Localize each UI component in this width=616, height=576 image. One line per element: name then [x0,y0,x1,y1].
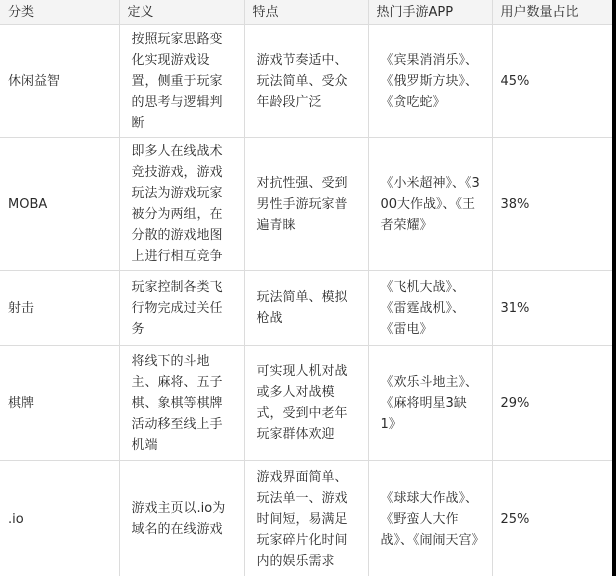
cell-apps: 《欢乐斗地主》、《麻将明星3缺1》 [368,346,492,461]
table-row: .io 游戏主页以.io为域名的在线游戏 游戏界面简单、玩法单一、游戏时间短，易… [0,461,612,576]
cell-apps: 《球球大作战》、《野蛮人大作战》、《闹闹天宫》 [368,461,492,576]
header-features: 特点 [244,0,368,25]
cell-category: 射击 [0,271,119,346]
table-row: MOBA 即多人在线战术竞技游戏，游戏玩法为游戏玩家被分为两组，在分散的游戏地图… [0,138,612,271]
cell-category: 棋牌 [0,346,119,461]
table-row: 射击 玩家控制各类飞行物完成过关任务 玩法简单、模拟枪战 《飞机大战》、《雷霆战… [0,271,612,346]
table-header-row: 分类 定义 特点 热门手游APP 用户数量占比 [0,0,612,25]
cell-share: 45% [492,25,612,138]
right-edge-border [612,0,616,576]
cell-definition: 游戏主页以.io为域名的在线游戏 [119,461,244,576]
cell-definition: 即多人在线战术竞技游戏，游戏玩法为游戏玩家被分为两组，在分散的游戏地图上进行相互… [119,138,244,271]
cell-features: 可实现人机对战或多人对战模式，受到中老年玩家群体欢迎 [244,346,368,461]
table-row: 棋牌 将线下的斗地主、麻将、五子棋、象棋等棋牌活动移至线上手机端 可实现人机对战… [0,346,612,461]
cell-share: 38% [492,138,612,271]
cell-category: 休闲益智 [0,25,119,138]
cell-features: 游戏节奏适中、玩法简单、受众年龄段广泛 [244,25,368,138]
cell-definition: 将线下的斗地主、麻将、五子棋、象棋等棋牌活动移至线上手机端 [119,346,244,461]
header-definition: 定义 [119,0,244,25]
cell-share: 25% [492,461,612,576]
game-category-table-container: 分类 定义 特点 热门手游APP 用户数量占比 休闲益智 按照玩家思路变化实现游… [0,0,612,576]
header-popular-apps: 热门手游APP [368,0,492,25]
cell-features: 游戏界面简单、玩法单一、游戏时间短，易满足玩家碎片化时间内的娱乐需求 [244,461,368,576]
cell-share: 31% [492,271,612,346]
cell-apps: 《宾果消消乐》、《俄罗斯方块》、《贪吃蛇》 [368,25,492,138]
table-row: 休闲益智 按照玩家思路变化实现游戏设置，侧重于玩家的思考与逻辑判断 游戏节奏适中… [0,25,612,138]
cell-category: .io [0,461,119,576]
game-category-table: 分类 定义 特点 热门手游APP 用户数量占比 休闲益智 按照玩家思路变化实现游… [0,0,612,576]
cell-features: 对抗性强、受到男性手游玩家普遍青睐 [244,138,368,271]
cell-apps: 《小米超神》、《300大作战》、《王者荣耀》 [368,138,492,271]
header-category: 分类 [0,0,119,25]
cell-definition: 按照玩家思路变化实现游戏设置，侧重于玩家的思考与逻辑判断 [119,25,244,138]
cell-share: 29% [492,346,612,461]
cell-features: 玩法简单、模拟枪战 [244,271,368,346]
cell-apps: 《飞机大战》、《雷霆战机》、《雷电》 [368,271,492,346]
cell-category: MOBA [0,138,119,271]
cell-definition: 玩家控制各类飞行物完成过关任务 [119,271,244,346]
header-user-share: 用户数量占比 [492,0,612,25]
